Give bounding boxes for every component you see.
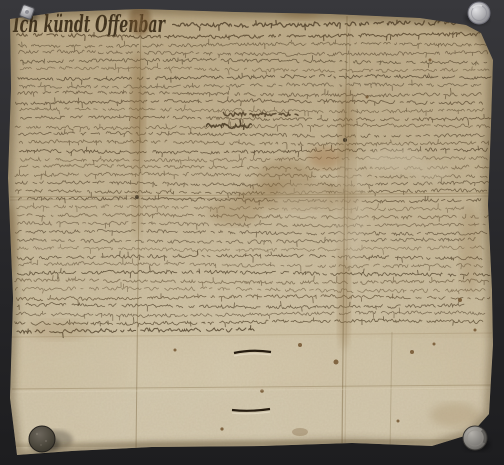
parchment-sheet: Ich kündt Offenbar: [0, 0, 504, 465]
manuscript-photograph: Ich kündt Offenbar: [0, 0, 504, 465]
manuscript-scene: Ich kündt Offenbar: [0, 0, 504, 465]
parchment-grain: [0, 0, 504, 465]
